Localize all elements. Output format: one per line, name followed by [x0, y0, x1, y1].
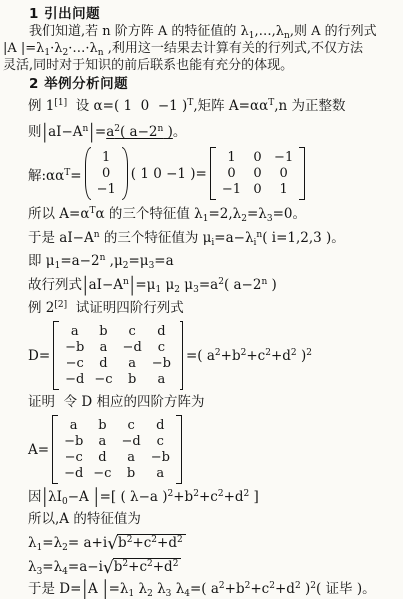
d-matrix: abcd−ba−dc−cda−b−d−cba: [53, 321, 183, 390]
alpha-alpha-t-matrix: 10−1000−101: [210, 147, 305, 200]
conclusion-line: 于是 D=|A |=λ1 λ2 λ3 λ4=( a2+b2+c2+d2 )2( …: [28, 580, 399, 599]
lambda-3-4-line: λ3=λ4=a−i√b2+c2+d2: [28, 556, 399, 578]
intro-line-1: 我们知道,若 n 阶方阵 A 的特征值的 λ1,…,λn,则 A 的行列式: [3, 23, 399, 40]
solve-prefix: 解:ααT=: [28, 164, 82, 184]
eigenvalue-intro-line: 所以,A 的特征值为: [28, 510, 399, 529]
answer-line: 则|aI−An|=a2( a−2n )。: [28, 121, 399, 143]
d-matrix-equation: D= abcd−ba−dc−cda−b−d−cba =( a2+b2+c2+d2…: [28, 321, 399, 390]
d-result: =( a2+b2+c2+d2 )2: [186, 348, 312, 364]
solution-matrix-equation: 解:ααT= 10−1 ( 1 0 −1 )= 10−1000−101: [28, 147, 399, 200]
section-2-heading: 2 举例分析问题: [29, 76, 399, 92]
document-page: 1 引出问题 我们知道,若 n 阶方阵 A 的特征值的 λ1,…,λn,则 A …: [0, 0, 403, 599]
example-2-line: 例 2[2] 试证明四阶行列式: [28, 299, 399, 318]
a-matrix: abcd−ba−dc−cda−b−d−cba: [52, 415, 182, 484]
a-prefix: A=: [28, 442, 49, 458]
lambda-1-2-line: λ1=λ2= a+i√b2+c2+d2: [28, 532, 399, 554]
intro-line-2: |A |=λ1·λ2·…·λn ,利用这一结果去计算有关的行列式,不仅方法: [3, 40, 399, 57]
alpha-row-vector: ( 1 0 −1 )=: [131, 166, 207, 182]
intro-line-3: 灵活,同时对于知识的前后联系也能有充分的体现。: [3, 57, 399, 74]
example-1-line: 例 1[1] 设 α=( 1 0 −1 )T,矩阵 A=ααT,n 为正整数: [28, 97, 399, 116]
characteristic-polynomial-line: 因|λI0−A |=[ ( λ−a )2+b2+c2+d2 ]: [28, 488, 399, 507]
d-prefix: D=: [28, 348, 50, 364]
a-matrix-equation: A= abcd−ba−dc−cda−b−d−cba: [28, 415, 399, 484]
proof-intro-line: 证明 令 D 相应的四阶方阵为: [28, 393, 399, 412]
mu-definition-line: 于是 aI−An 的三个特征值为 μi=a−λin( i=1,2,3 )。: [28, 229, 399, 248]
alpha-column-vector: 10−1: [85, 147, 128, 200]
section-1-heading: 1 引出问题: [29, 6, 399, 22]
eigenvalues-line: 所以 A=αTα 的三个特征值 λ1=2,λ2=λ3=0。: [28, 205, 399, 224]
determinant-result-line: 故行列式|aI−An|=μ1 μ2 μ3=a2( a−2n ): [28, 274, 399, 296]
